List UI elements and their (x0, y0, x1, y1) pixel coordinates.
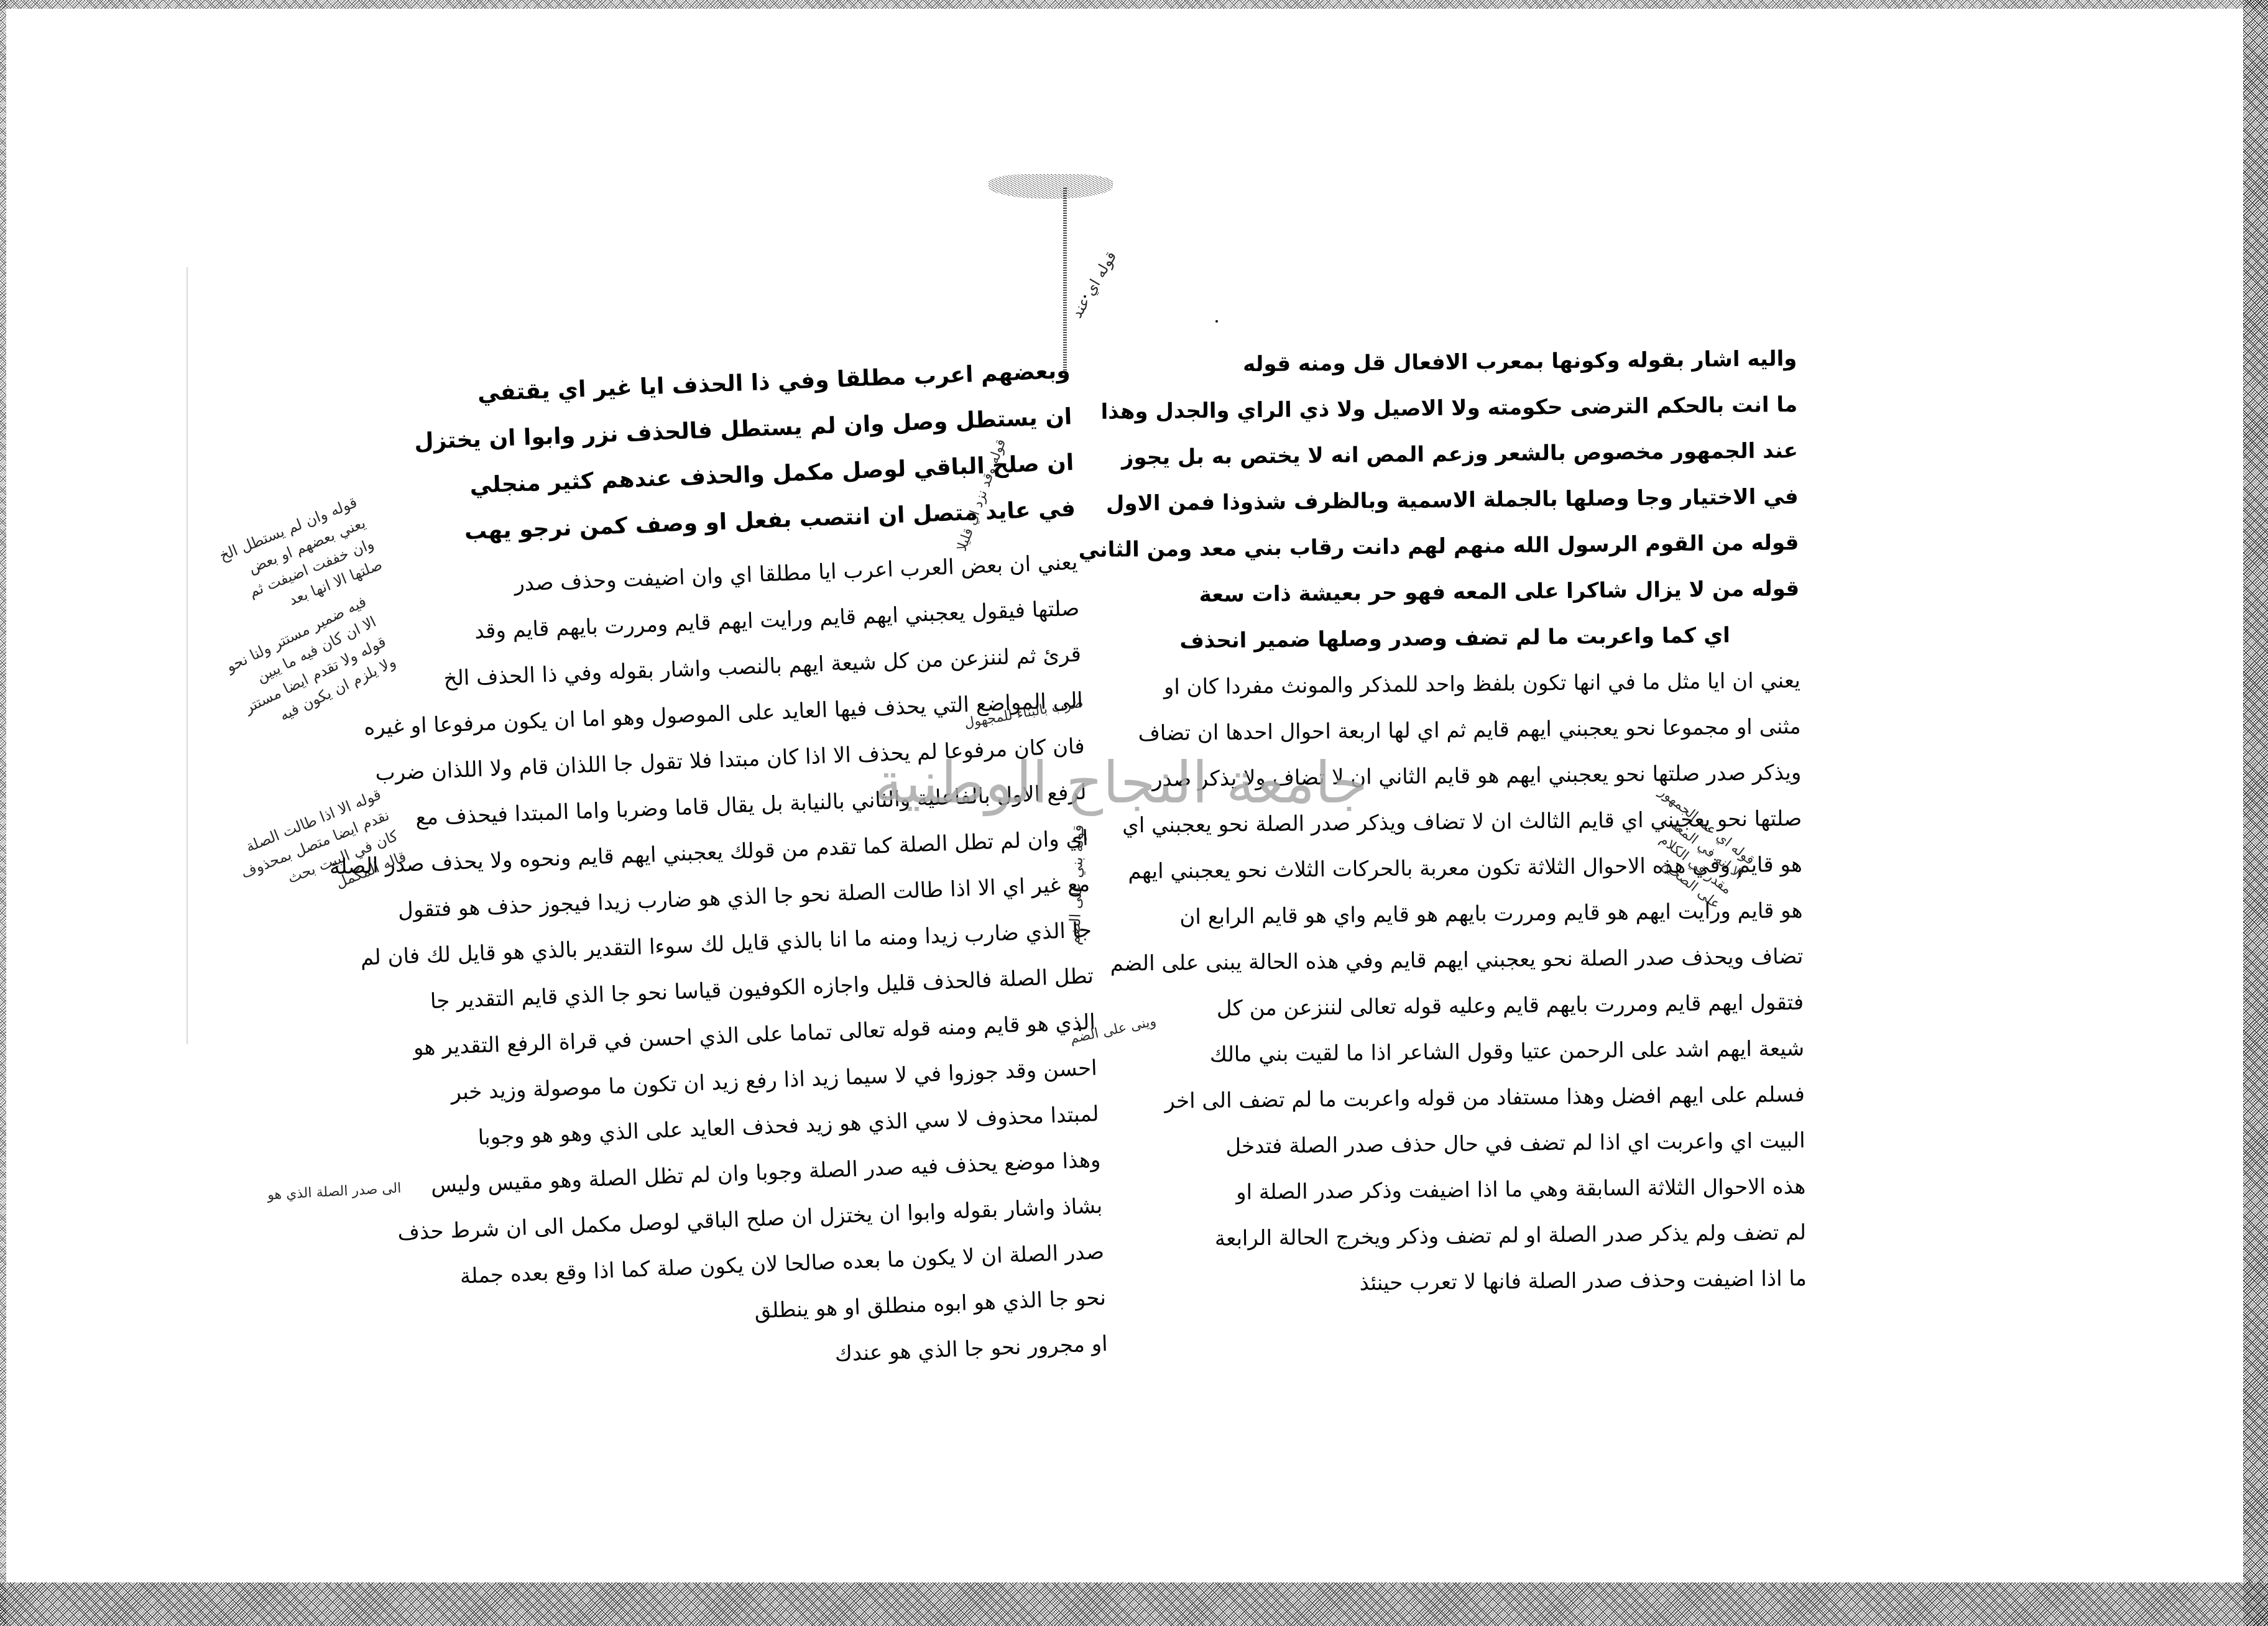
scan-edge-bottom (0, 1582, 2268, 1626)
text-line: تضاف ويحذف صدر الصلة نحو يعجبني ايهم قاي… (1113, 934, 1804, 987)
scan-speck (668, 1169, 671, 1171)
binding-fold-top (989, 174, 1113, 199)
left-page-text: وبعضهم اعرب مطلقا وفي ذا الحذف ايا غير ا… (473, 348, 1109, 1390)
scan-edge-left (0, 0, 6, 1626)
text-line: شيعة ايهم اشد على الرحمن عتيا وقول الشاع… (1114, 1026, 1805, 1079)
left-page-edge (187, 267, 188, 1044)
scan-speck (1084, 295, 1086, 298)
text-line: واليه اشار بقوله وكونها بمعرب الافعال قل… (1107, 336, 1797, 389)
text-line: ويذكر صدر صلتها نحو يعجبني ايهم هو قايم … (1111, 750, 1802, 803)
text-line: ما انت بالحكم الترضى حكومته ولا الاصيل و… (1107, 382, 1798, 435)
scan-speck (1079, 1029, 1081, 1031)
text-line: فسلم على ايهم افضل وهذا مستفاد من قوله و… (1114, 1072, 1805, 1125)
margin-note-right-top: قوله اي عند (1066, 247, 1122, 323)
binding-fold-line (1063, 186, 1067, 373)
margin-note-left-bottom: قوله الا اذا طالت الصلة نقدم ايضا متصل ب… (229, 783, 410, 926)
text-line: لم تضف ولم يذكر صدر الصلة او لم تضف وذكر… (1116, 1210, 1807, 1263)
margin-note-bottom-left: الى صدر الصلة الذي هو (267, 1177, 402, 1206)
manuscript-scan: واليه اشار بقوله وكونها بمعرب الافعال قل… (0, 0, 2268, 1626)
text-line: هذه الاحوال الثلاثة السابقة وهي ما اذا ا… (1115, 1164, 1806, 1217)
text-line: فتقول ايهم قايم ومررت بايهم قايم وعليه ق… (1113, 980, 1804, 1033)
verse-line: اي كما واعربت ما لم تضف وصدر وصلها ضمير … (1110, 612, 1800, 665)
text-line: قوله من القوم الرسول الله منهم لهم دانت … (1109, 520, 1799, 573)
text-line: البيت اي واعربت اي اذا لم تضف في حال حذف… (1115, 1118, 1805, 1171)
scan-speck (1215, 320, 1218, 323)
scan-edge-right (2243, 0, 2268, 1626)
text-line: يعني ان ايا مثل ما في انها تكون بلفظ واح… (1110, 658, 1800, 711)
margin-note-right-vertical: قوله بني على الضم (1063, 824, 1090, 945)
text-line: قوله من لا يزال شاكرا على المعه فهو حر ب… (1109, 566, 1800, 619)
text-line: مثنى او مجموعا نحو يعجبني ايهم قايم ثم ا… (1110, 704, 1801, 757)
text-line: في الاختيار وجا وصلها بالجملة الاسمية وب… (1108, 474, 1799, 527)
scan-edge-top (0, 0, 2268, 9)
text-line: عند الجمهور مخصوص بالشعر وزعم المص انه ل… (1108, 428, 1799, 481)
text-line: ما اذا اضيفت وحذف صدر الصلة فانها لا تعر… (1117, 1256, 1807, 1309)
